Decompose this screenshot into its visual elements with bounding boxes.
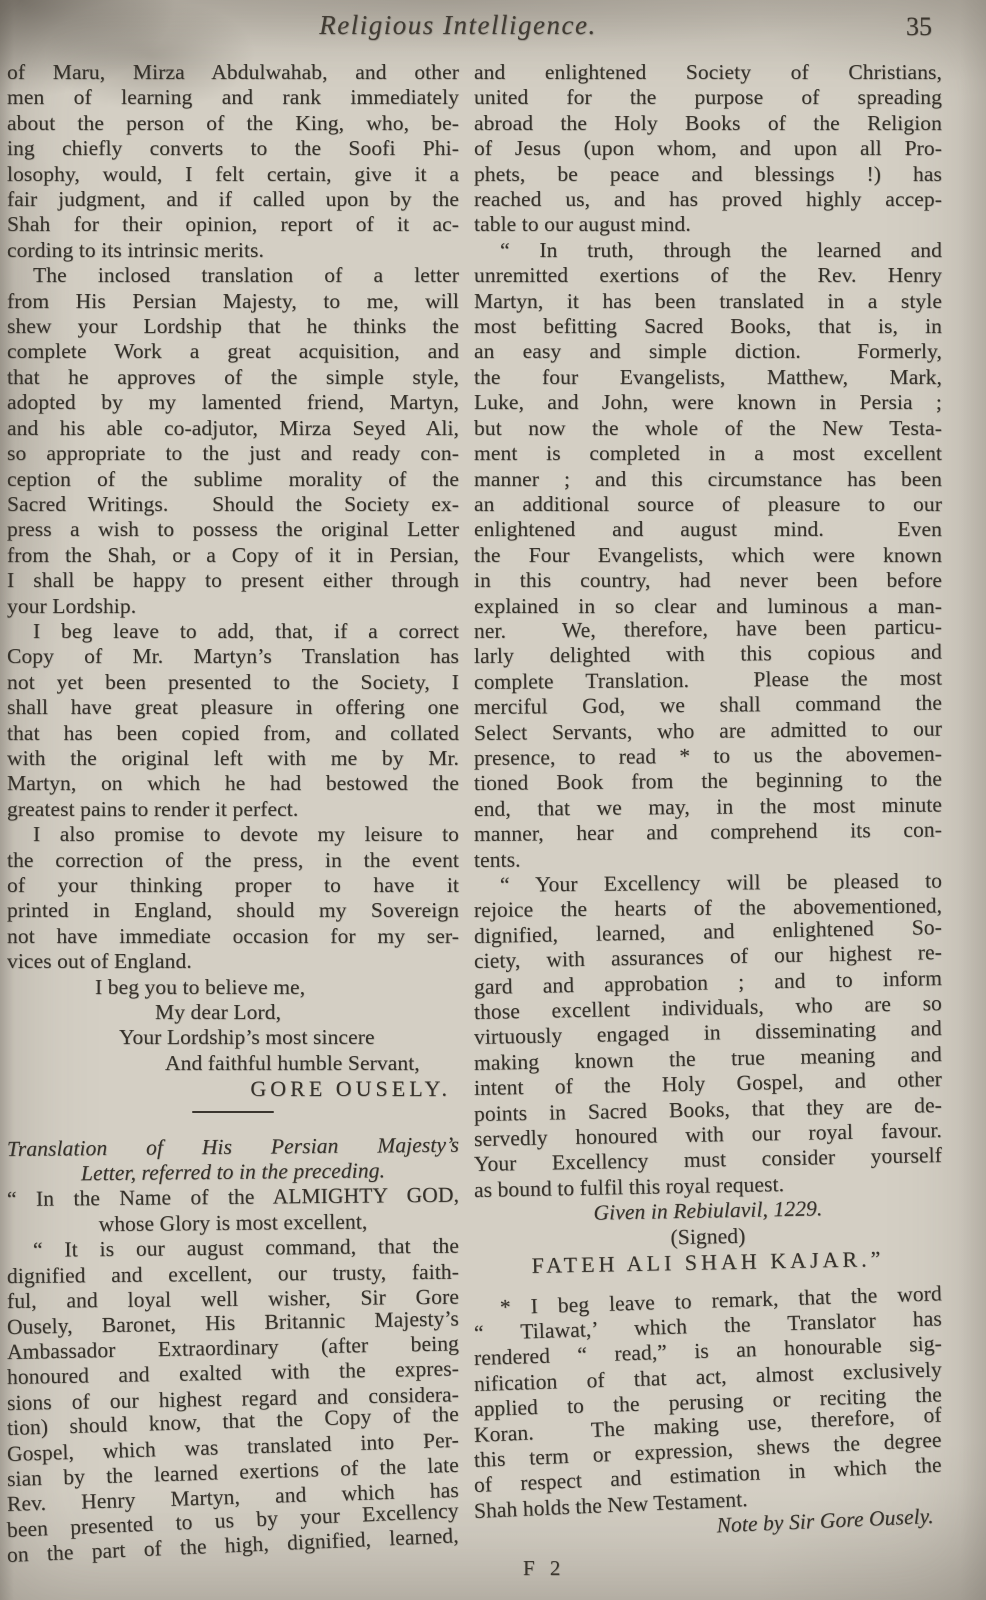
text-line: Copy of Mr. Martyn’s Translation has bbox=[7, 644, 459, 669]
text-line: Martyn, on which he had bestowed the bbox=[7, 771, 459, 796]
text-line: greatest pains to render it perfect. bbox=[7, 797, 459, 822]
text-line: printed in England, should my Sovereign bbox=[7, 898, 459, 923]
page-header: Religious Intelligence. 35 bbox=[0, 10, 986, 56]
text-line: I also promise to devote my leisure to bbox=[7, 822, 459, 847]
text-line: table to our august mind. bbox=[474, 212, 942, 237]
text-line: complete Work a great acquisition, and bbox=[7, 339, 459, 364]
text-line: reached us, and has proved highly accep- bbox=[474, 187, 942, 212]
text-line: in this country, had never been before bbox=[474, 568, 942, 593]
text-line: and enlightened Society of Christians, bbox=[474, 60, 942, 85]
text-line: men of learning and rank immediately bbox=[7, 85, 459, 110]
text-line: The inclosed translation of a letter bbox=[7, 263, 459, 288]
text-line: fair judgment, and if called upon by the bbox=[7, 187, 459, 212]
text-line: shew your Lordship that he thinks the bbox=[7, 314, 459, 339]
text-line: the four Evangelists, Matthew, Mark, bbox=[474, 365, 942, 390]
text-line: And faithful humble Servant, bbox=[7, 1051, 459, 1076]
text-line: “ It is our august command, that the bbox=[7, 1234, 459, 1264]
text-line: ing chiefly converts to the Soofi Phi- bbox=[7, 136, 459, 161]
running-title: Religious Intelligence. bbox=[0, 10, 916, 41]
text-line: most befitting Sacred Books, that is, in bbox=[474, 314, 942, 339]
text-line: I beg leave to add, that, if a correct bbox=[7, 619, 459, 644]
text-line: My dear Lord, bbox=[7, 1000, 459, 1025]
text-line: united for the purpose of spreading bbox=[474, 85, 942, 110]
left-column: of Maru, Mirza Abdulwahab, and othermen … bbox=[7, 60, 459, 1569]
text-line: abroad the Holy Books of the Religion bbox=[474, 111, 942, 136]
text-line: that he approves of the simple style, bbox=[7, 365, 459, 390]
text-line: GORE OUSELY. bbox=[7, 1076, 459, 1101]
text-line: press a wish to possess the original Let… bbox=[7, 517, 459, 542]
text-line: vices out of England. bbox=[7, 949, 459, 974]
text-line: from the Shah, or a Copy of it in Persia… bbox=[7, 543, 459, 568]
text-line: not yet been presented to the Society, I bbox=[7, 670, 459, 695]
text-line: and his able co-adjutor, Mirza Seyed Ali… bbox=[7, 416, 459, 441]
text-line: shall have great pleasure in offering on… bbox=[7, 695, 459, 720]
text-line: Sacred Writings. Should the Society ex- bbox=[7, 492, 459, 517]
text-line: so appropriate to the just and ready con… bbox=[7, 441, 459, 466]
text-line: merciful God, we shall command the bbox=[474, 691, 942, 721]
text-line: of Jesus (upon whom, and upon all Pro- bbox=[474, 136, 942, 161]
signature-mark: F 2 bbox=[523, 1556, 565, 1581]
text-line: cording to its intrinsic merits. bbox=[7, 238, 459, 263]
text-line: from His Persian Majesty, to me, will bbox=[7, 289, 459, 314]
text-line: “ In truth, through the learned and bbox=[474, 238, 942, 263]
text-line: manner ; and this circumstance has been bbox=[474, 467, 942, 492]
text-line: Shah for their opinion, report of it ac- bbox=[7, 212, 459, 237]
text-line: ception of the sublime morality of the bbox=[7, 467, 459, 492]
text-line: with the original left with me by Mr. bbox=[7, 746, 459, 771]
text-line: about the person of the King, who, be- bbox=[7, 111, 459, 136]
text-line: I shall be happy to present either throu… bbox=[7, 568, 459, 593]
text-line: Martyn, it has been translated in a styl… bbox=[474, 289, 942, 314]
text-line: Luke, and John, were known in Persia ; bbox=[474, 390, 942, 415]
text-line: losophy, would, I felt certain, give it … bbox=[7, 162, 459, 187]
text-line: adopted by my lamented friend, Martyn, bbox=[7, 390, 459, 415]
right-column: and enlightened Society of Christians,un… bbox=[474, 60, 942, 1569]
text-line: an easy and simple diction. Formerly, bbox=[474, 339, 942, 364]
text-line: your Lordship. bbox=[7, 594, 459, 619]
text-line: not have immediate occasion for my ser- bbox=[7, 924, 459, 949]
text-line: of your thinking proper to have it bbox=[7, 873, 459, 898]
text-line: ment is completed in a most excellent bbox=[474, 441, 942, 466]
text-line: Your Lordship’s most sincere bbox=[7, 1025, 459, 1050]
text-line: enlightened and august mind. Even bbox=[474, 517, 942, 542]
text-line: the correction of the press, in the even… bbox=[7, 848, 459, 873]
text-line: phets, be peace and blessings !) has bbox=[474, 162, 942, 187]
page-number: 35 bbox=[906, 12, 932, 42]
text-line: unremitted exertions of the Rev. Henry bbox=[474, 263, 942, 288]
text-columns: of Maru, Mirza Abdulwahab, and othermen … bbox=[0, 60, 942, 1569]
text-line: the Four Evangelists, which were known bbox=[474, 543, 942, 568]
text-line: manner, hear and comprehend its con- bbox=[474, 818, 942, 848]
scanned-book-page: Religious Intelligence. 35 of Maru, Mirz… bbox=[0, 0, 986, 1600]
text-line: an additional source of pleasure to our bbox=[474, 492, 942, 517]
text-line: that has been copied from, and collated bbox=[7, 721, 459, 746]
divider-rule bbox=[7, 1111, 459, 1131]
text-line: but now the whole of the New Testa- bbox=[474, 416, 942, 441]
text-line: of Maru, Mirza Abdulwahab, and other bbox=[7, 60, 459, 85]
text-line: I beg you to believe me, bbox=[7, 975, 459, 1000]
